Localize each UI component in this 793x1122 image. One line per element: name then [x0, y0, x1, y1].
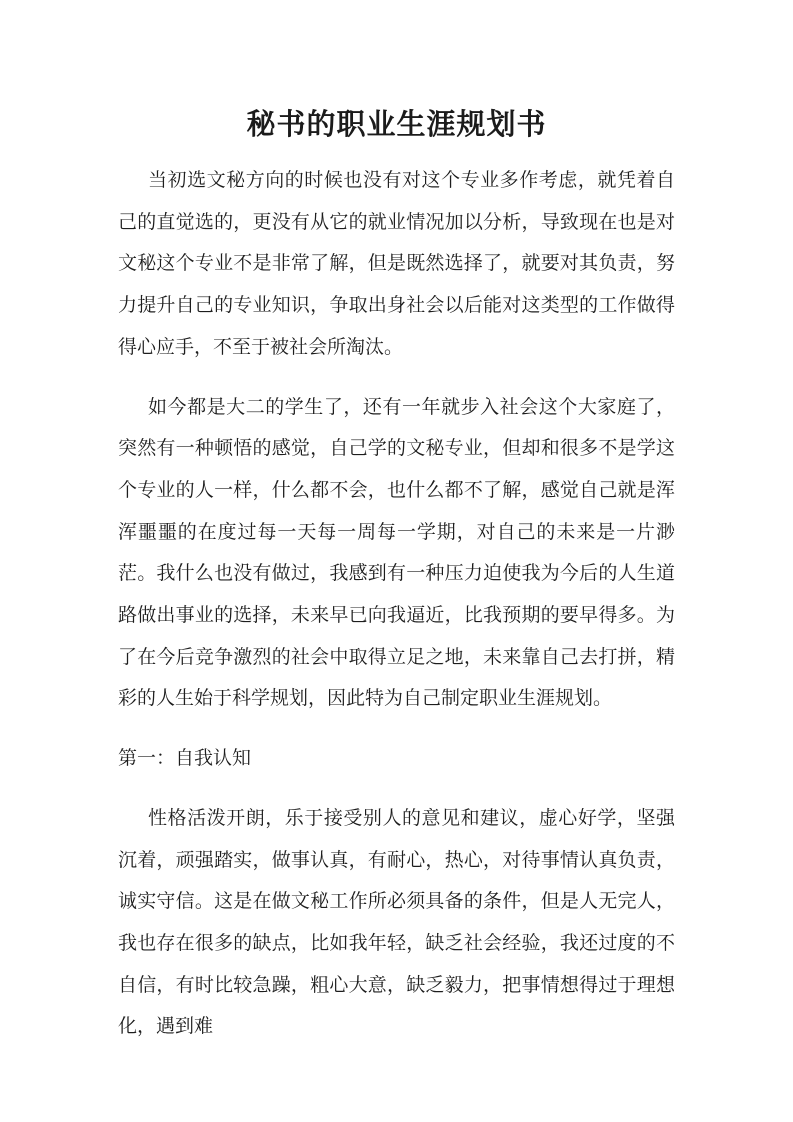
- section-heading-self-awareness: 第一：自我认知: [118, 738, 675, 780]
- document-title: 秘书的职业生涯规划书: [118, 104, 675, 146]
- intro-paragraph-2: 如今都是大二的学生了，还有一年就步入社会这个大家庭了，突然有一种顿悟的感觉，自己…: [118, 387, 675, 721]
- document-page: 秘书的职业生涯规划书 当初选文秘方向的时候也没有对这个专业多作考虑，就凭着自己的…: [0, 0, 793, 1122]
- document-content: 秘书的职业生涯规划书 当初选文秘方向的时候也没有对这个专业多作考虑，就凭着自己的…: [118, 0, 675, 1048]
- self-awareness-paragraph: 性格活泼开朗，乐于接受别人的意见和建议，虚心好学，坚强沉着，顽强踏实，做事认真，…: [118, 798, 675, 1048]
- intro-paragraph-1: 当初选文秘方向的时候也没有对这个专业多作考虑，就凭着自己的直觉选的，更没有从它的…: [118, 160, 675, 369]
